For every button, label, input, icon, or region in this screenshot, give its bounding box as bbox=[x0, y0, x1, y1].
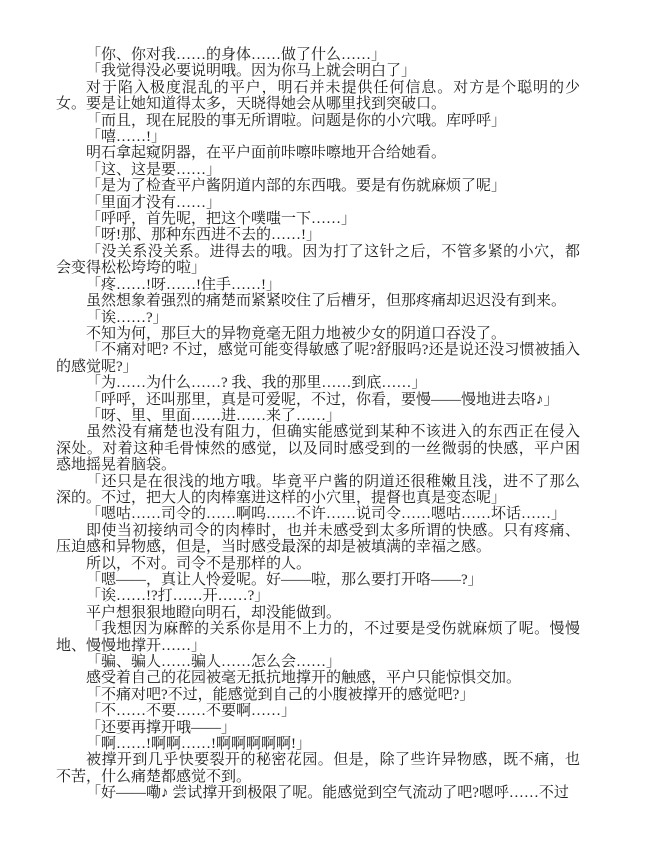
narration-paragraph: 不知为何，那巨大的异物竟毫无阻力地被少女的阴道口吞没了。 bbox=[56, 326, 580, 342]
dialogue-paragraph: 「我想因为麻醉的关系你是用不上力的，不过要是受伤就麻烦了呢。慢慢地、慢慢地撑开…… bbox=[56, 621, 580, 654]
dialogue-paragraph: 「诶……!?打……开……?」 bbox=[56, 588, 580, 604]
narration-paragraph: 感受着自己的花园被毫无抵抗地撑开的触感，平户只能惊惧交加。 bbox=[56, 670, 580, 686]
narration-paragraph: 平户想狠狠地瞪向明石，却没能做到。 bbox=[56, 605, 580, 621]
dialogue-paragraph: 「呼呼，首先呢，把这个噗嗤一下……」 bbox=[56, 211, 580, 227]
narration-paragraph: 即使当初接纳司令的肉棒时，也并未感受到太多所谓的快感。只有疼痛、压迫感和异物感，… bbox=[56, 523, 580, 556]
dialogue-paragraph: 「呀、里、里面……进……来了……」 bbox=[56, 408, 580, 424]
dialogue-paragraph: 「我觉得没必要说明哦。因为你马上就会明白了」 bbox=[56, 63, 580, 79]
dialogue-paragraph: 「诶……?」 bbox=[56, 310, 580, 326]
narration-paragraph: 对于陷入极度混乱的平户，明石并未提供任何信息。对方是个聪明的少女。要是让她知道得… bbox=[56, 80, 580, 113]
dialogue-paragraph: 「不痛对吧? 不过，感觉可能变得敏感了呢?舒服吗?还是说还没习惯被插入的感觉呢?… bbox=[56, 342, 580, 375]
novel-text-page: 「你、你对我……的身体……做了什么……」「我觉得没必要说明哦。因为你马上就会明白… bbox=[0, 0, 650, 850]
dialogue-paragraph: 「是为了检查平户酱阴道内部的东西哦。要是有伤就麻烦了呢」 bbox=[56, 178, 580, 194]
dialogue-paragraph: 「你、你对我……的身体……做了什么……」 bbox=[56, 47, 580, 63]
narration-paragraph: 所以，不对。司令不是那样的人。 bbox=[56, 556, 580, 572]
dialogue-paragraph: 「还只是在很浅的地方哦。毕竟平户酱的阴道还很稚嫩且浅，进不了那么深的。不过，把大… bbox=[56, 474, 580, 507]
dialogue-paragraph: 「而且，现在屁股的事无所谓啦。问题是你的小穴哦。库呼呼」 bbox=[56, 113, 580, 129]
dialogue-paragraph: 「不痛对吧?不过，能感觉到自己的小腹被撑开的感觉吧?」 bbox=[56, 687, 580, 703]
dialogue-paragraph: 「呼呼，还叫那里，真是可爱呢，不过，你看，要慢——慢地进去咯♪」 bbox=[56, 392, 580, 408]
dialogue-paragraph: 「啊……!啊啊……!啊啊啊啊啊!」 bbox=[56, 736, 580, 752]
dialogue-paragraph: 「这、这是要……」 bbox=[56, 162, 580, 178]
dialogue-paragraph: 「嘻……!」 bbox=[56, 129, 580, 145]
narration-paragraph: 明石拿起窥阴器，在平户面前咔嚓咔嚓地开合给她看。 bbox=[56, 145, 580, 161]
text-block: 「你、你对我……的身体……做了什么……」「我觉得没必要说明哦。因为你马上就会明白… bbox=[56, 47, 580, 802]
dialogue-paragraph: 「嗯——，真让人怜爱呢。好——啦，那么要打开咯——?」 bbox=[56, 572, 580, 588]
narration-paragraph: 虽然想象着强烈的痛楚而紧紧咬住了后槽牙，但那疼痛却迟迟没有到来。 bbox=[56, 293, 580, 309]
dialogue-paragraph: 「里面才没有……」 bbox=[56, 195, 580, 211]
dialogue-paragraph: 「疼……!呀……!住手……!」 bbox=[56, 277, 580, 293]
narration-paragraph: 被撑开到几乎快要裂开的秘密花园。但是，除了些许异物感，既不痛，也不苦，什么痛楚都… bbox=[56, 752, 580, 785]
dialogue-paragraph: 「骗、骗人……骗人……怎么会……」 bbox=[56, 654, 580, 670]
dialogue-paragraph: 「还要再撑开哦——」 bbox=[56, 720, 580, 736]
narration-paragraph: 虽然没有痛楚也没有阻力，但确实能感觉到某种不该进入的东西正在侵入深处。对着这种毛… bbox=[56, 424, 580, 473]
dialogue-paragraph: 「嗯咕……司令的……啊呜……不许……说司令……嗯咕……坏话……」 bbox=[56, 506, 580, 522]
dialogue-paragraph: 「不……不要……不要啊……」 bbox=[56, 703, 580, 719]
dialogue-paragraph: 「为……为什么……? 我、我的那里……到底……」 bbox=[56, 375, 580, 391]
dialogue-paragraph: 「呀!那、那种东西进不去的……!」 bbox=[56, 227, 580, 243]
dialogue-paragraph: 「没关系没关系。进得去的哦。因为打了这针之后，不管多紧的小穴，都会变得松松垮垮的… bbox=[56, 244, 580, 277]
dialogue-paragraph: 「好——嘞♪ 尝试撑开到极限了呢。能感觉到空气流动了吧?嗯呼……不过 bbox=[56, 785, 580, 801]
